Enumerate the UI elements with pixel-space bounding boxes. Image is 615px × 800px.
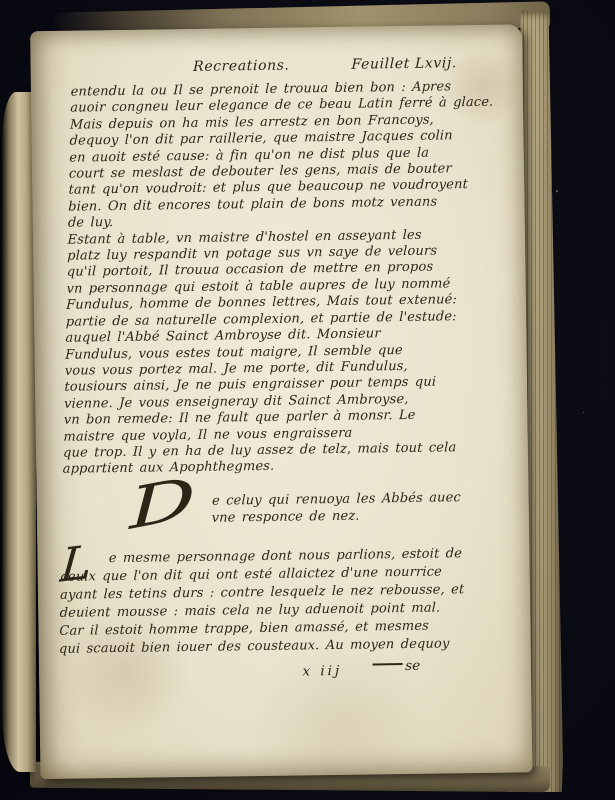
paragraph-new-chapter: L e mesme personnage dont nous parlions,…: [59, 545, 477, 659]
chapter-heading-lines: e celuy qui renuoya les Abbés auecvne re…: [211, 489, 478, 527]
paragraph-continuation: entendu la ou Il se prenoit le trouua bi…: [68, 79, 487, 233]
page-header: Recreations. Feuillet Lxvij.: [193, 55, 487, 75]
page-text-block: Recreations. Feuillet Lxvij. entendu la …: [58, 55, 487, 683]
book-page: Recreations. Feuillet Lxvij. entendu la …: [30, 24, 532, 779]
paragraph-lines: e mesme personnage dont nous parlions, e…: [59, 545, 477, 659]
decorated-initial-l: L: [59, 540, 93, 586]
dust-speck: [556, 190, 558, 192]
signature-line: x iij se: [302, 661, 474, 679]
decorated-initial-d: D: [129, 473, 196, 536]
chapter-heading: D e celuy qui renuoya les Abbés auecvne …: [211, 489, 478, 533]
signature-mark: x iij: [302, 663, 342, 680]
running-title: Recreations.: [193, 58, 290, 75]
paragraph-anecdote: Estant à table, vn maistre d'hostel en a…: [63, 227, 484, 479]
catchword: se: [372, 658, 420, 675]
photo-background: Recreations. Feuillet Lxvij. entendu la …: [0, 0, 615, 800]
folio-number: Feuillet Lxvij.: [351, 55, 457, 72]
dust-speck: [583, 412, 584, 413]
text-line: vne responce de nez.: [211, 506, 477, 527]
facing-page-edge: [2, 92, 36, 772]
